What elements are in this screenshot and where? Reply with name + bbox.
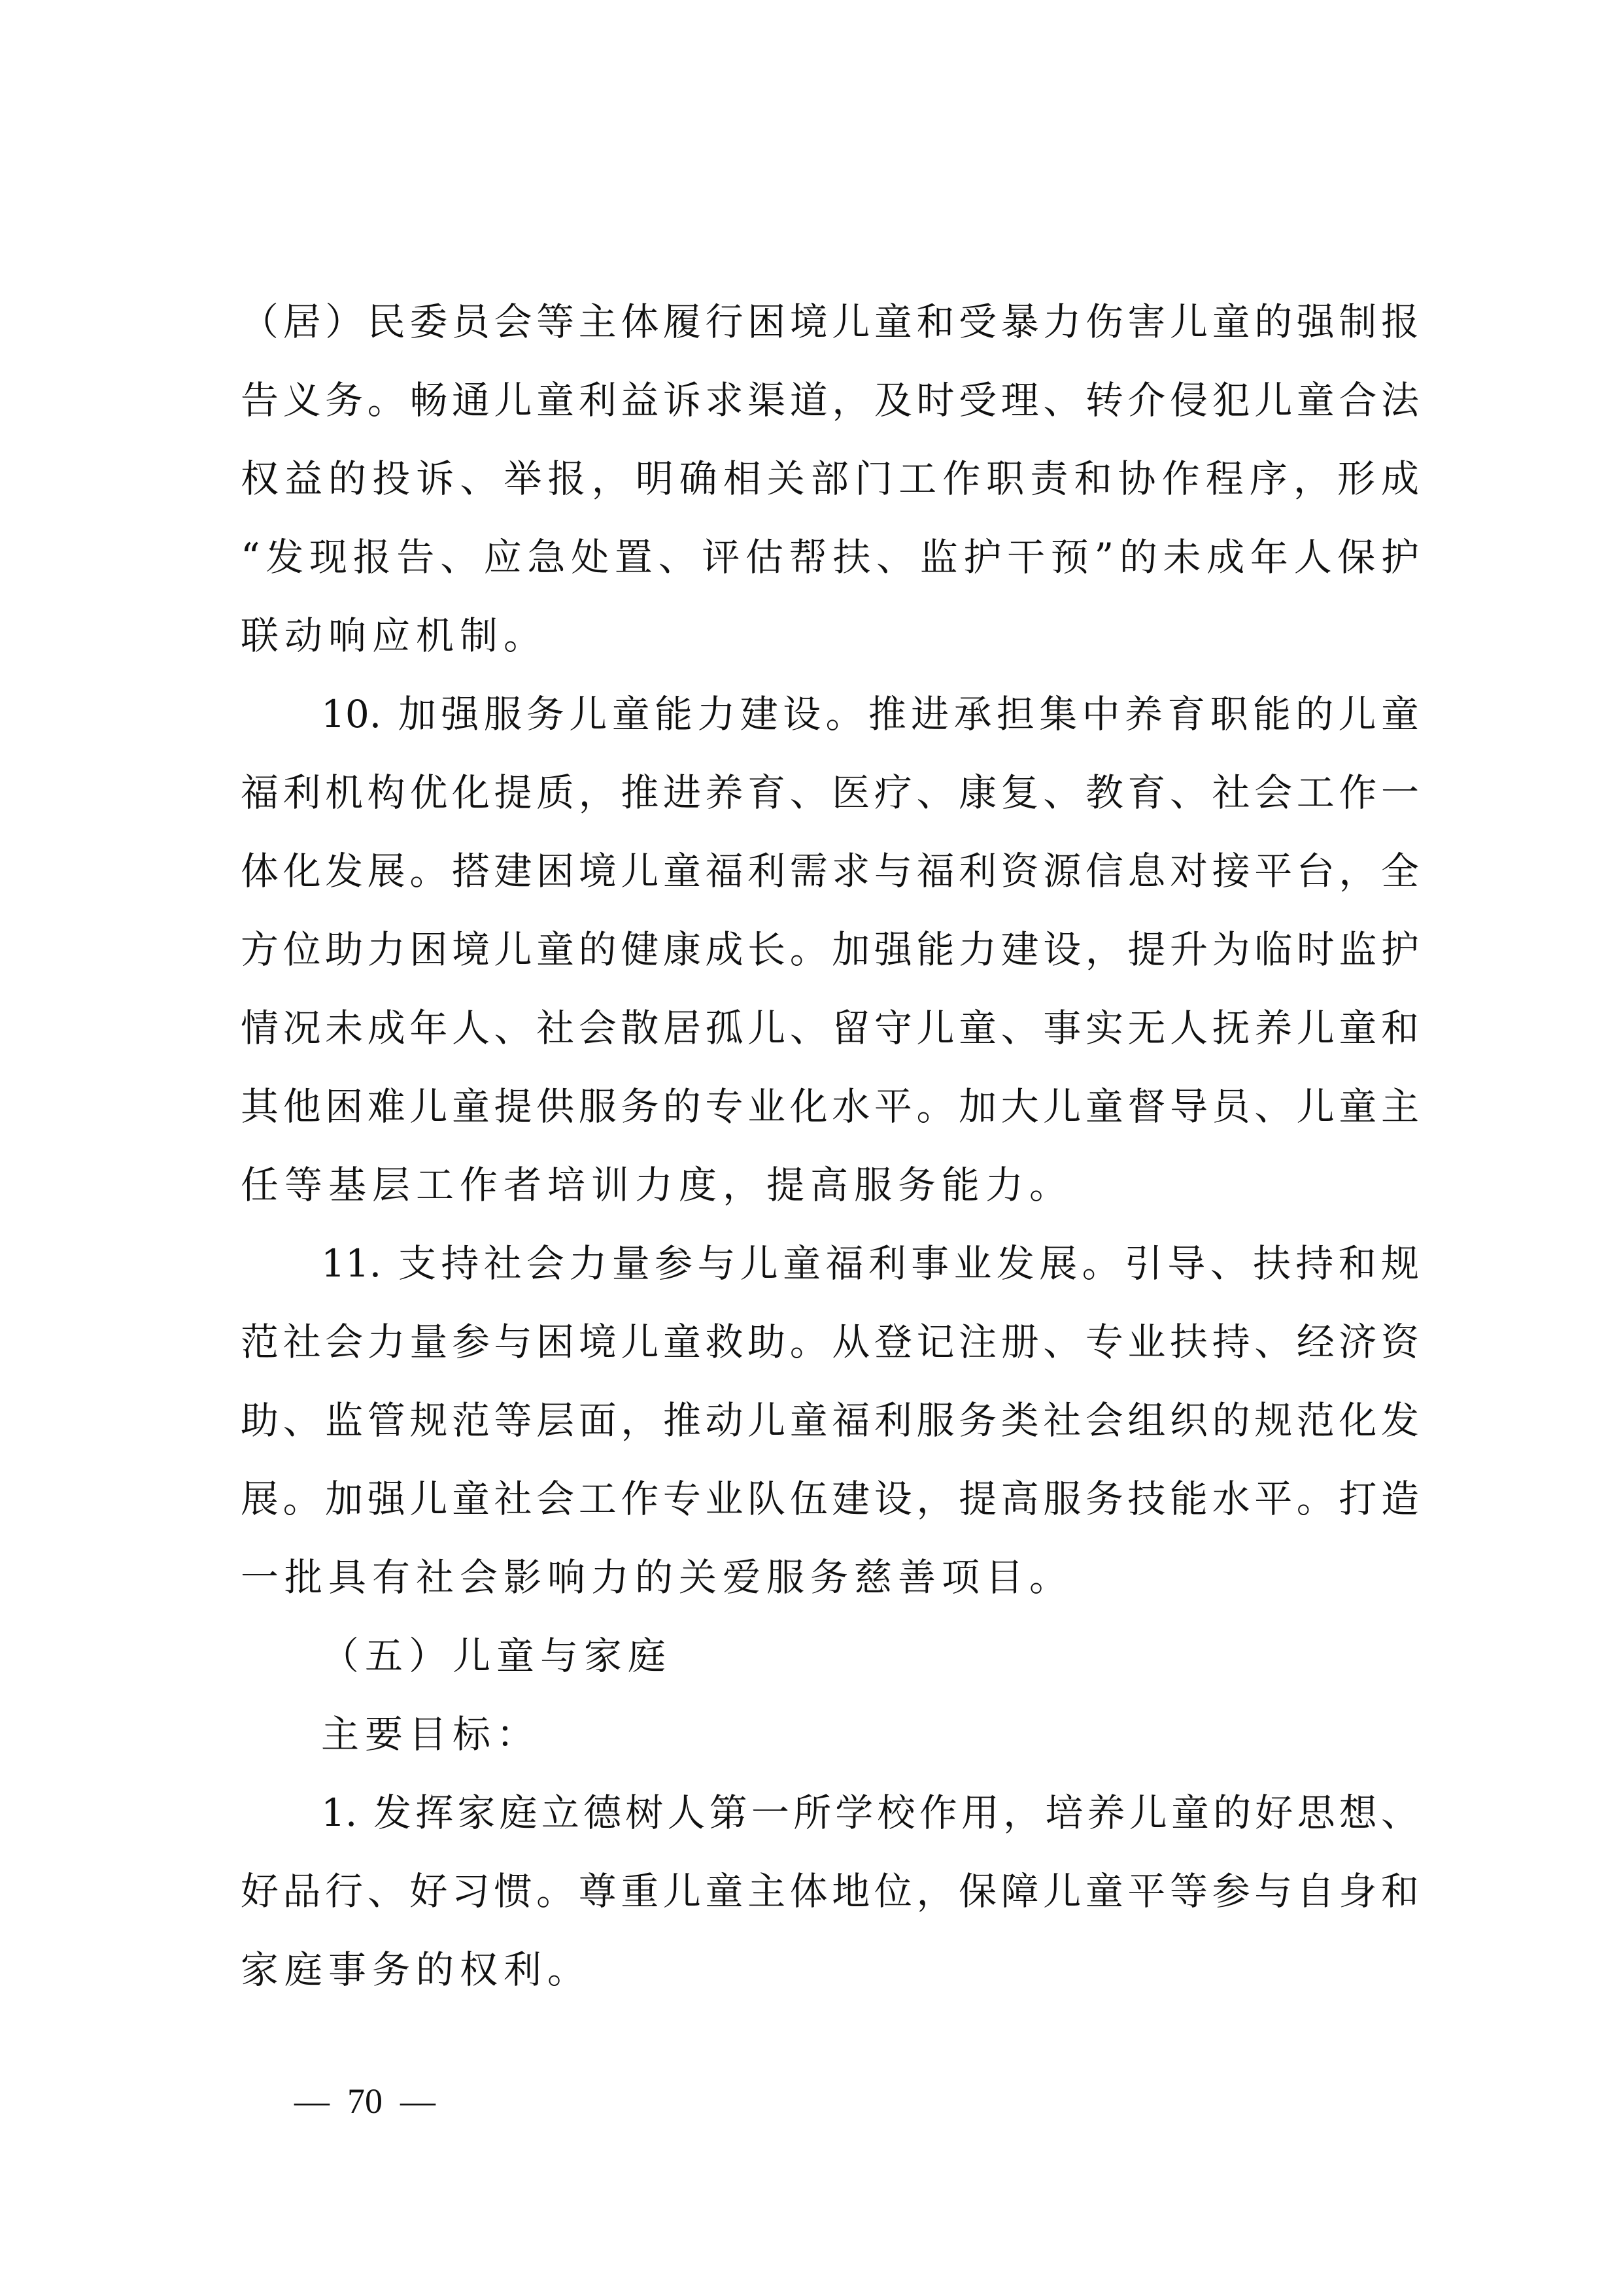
text-line-3: 权益的投诉、举报，明确相关部门工作职责和协作程序，形成 (241, 453, 1419, 505)
text-line-14: 范社会力量参与困境儿童救助。从登记注册、专业扶持、经济资 (241, 1316, 1419, 1368)
text-line-10: 情况未成年人、社会散居孤儿、留守儿童、事实无人抚养儿童和 (241, 1002, 1419, 1054)
text-line-2: 告义务。畅通儿童利益诉求渠道，及时受理、转介侵犯儿童合法 (241, 374, 1419, 426)
text-line-9: 方位助力困境儿童的健康成长。加强能力建设，提升为临时监护 (241, 923, 1419, 976)
text-line-21: 好品行、好习惯。尊重儿童主体地位，保障儿童平等参与自身和 (241, 1865, 1419, 1917)
page-number: — 70 — (294, 2078, 436, 2124)
text-line-17: 一批具有社会影响力的关爱服务慈善项目。 (241, 1551, 1419, 1603)
subsection-label: 主要目标： (321, 1708, 1419, 1760)
text-line-8: 体化发展。搭建困境儿童福利需求与福利资源信息对接平台，全 (241, 845, 1419, 897)
item-11-heading-line: 11. 支持社会力量参与儿童福利事业发展。引导、扶持和规 (321, 1237, 1419, 1290)
text-line-12: 任等基层工作者培训力度，提高服务能力。 (241, 1159, 1419, 1211)
text-line-22: 家庭事务的权利。 (241, 1944, 1419, 1996)
text-line-11: 其他困难儿童提供服务的专业化水平。加大儿童督导员、儿童主 (241, 1080, 1419, 1133)
goal-1-line: 1. 发挥家庭立德树人第一所学校作用，培养儿童的好思想、 (321, 1787, 1419, 1839)
text-line-7: 福利机构优化提质，推进养育、医疗、康复、教育、社会工作一 (241, 766, 1419, 819)
section-heading: （五）儿童与家庭 (321, 1630, 1419, 1682)
text-line-5: 联动响应机制。 (241, 609, 1419, 662)
document-page: （居）民委员会等主体履行困境儿童和受暴力伤害儿童的强制报 告义务。畅通儿童利益诉… (0, 0, 1623, 2296)
item-10-heading-line: 10. 加强服务儿童能力建设。推进承担集中养育职能的儿童 (321, 688, 1419, 740)
text-line-15: 助、监管规范等层面，推动儿童福利服务类社会组织的规范化发 (241, 1394, 1419, 1447)
text-line-16: 展。加强儿童社会工作专业队伍建设，提高服务技能水平。打造 (241, 1473, 1419, 1525)
text-line-4: “发现报告、应急处置、评估帮扶、监护干预”的未成年人保护 (241, 531, 1419, 583)
text-line-1: （居）民委员会等主体履行困境儿童和受暴力伤害儿童的强制报 (241, 296, 1419, 348)
